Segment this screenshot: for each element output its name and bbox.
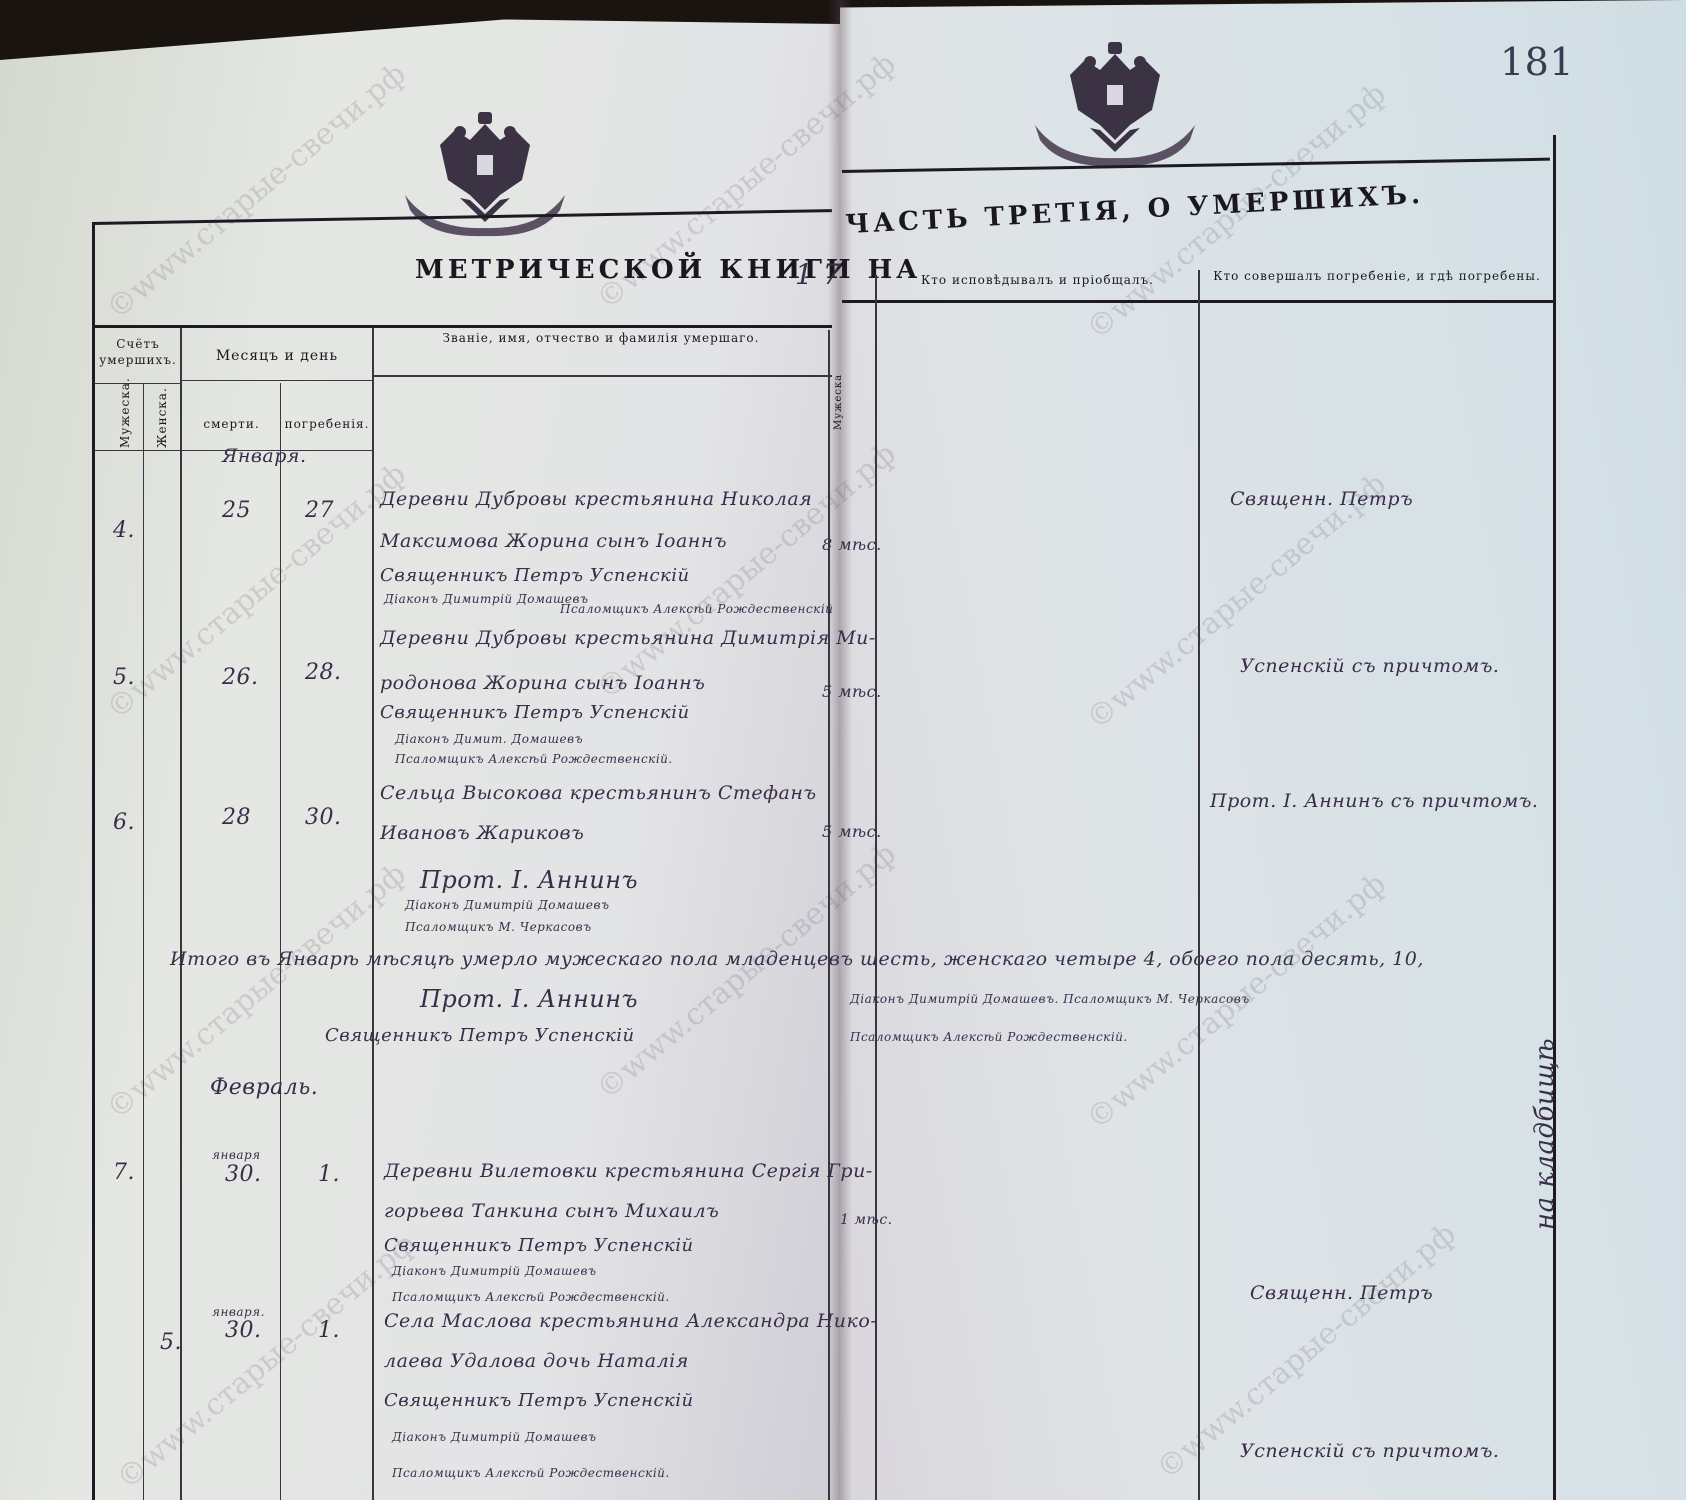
entry-number: 4. xyxy=(113,518,135,543)
header-count: Счётъ умершихъ. xyxy=(98,336,178,368)
signature: Діаконъ Димитрій Домашевъ xyxy=(405,898,610,912)
signature: Прот. І. Аннинъ xyxy=(420,866,638,894)
header-age: Мужеска xyxy=(833,340,844,430)
buried-by: Священн. Петръ xyxy=(1250,1282,1433,1304)
death-day: 25 xyxy=(222,498,251,523)
header-rule xyxy=(94,325,832,328)
entry-text-line: лаева Удалова дочь Наталія xyxy=(384,1350,689,1372)
col-divider xyxy=(372,328,374,1500)
header-death: смерти. xyxy=(184,416,279,432)
entry-number: 5. xyxy=(113,665,135,690)
col-divider xyxy=(180,328,182,1500)
book-title-left: МЕТРИЧЕСКОЙ КНИГИ НА xyxy=(415,255,921,285)
total-signature: Священникъ Петръ Успенскій xyxy=(325,1025,635,1046)
signature: Діаконъ Димитрій Домашевъ xyxy=(384,592,589,606)
row-divider xyxy=(180,380,372,381)
entry-text-line: горьева Танкина сынъ Михаилъ xyxy=(384,1200,719,1222)
age: 1 мѣс. xyxy=(840,1212,893,1228)
age: 5 мѣс. xyxy=(822,822,882,841)
signature: Священникъ Петръ Успенскій xyxy=(384,1235,694,1256)
header-confessor: Кто исповѣдывалъ и пріобщалъ. xyxy=(880,272,1195,288)
entry-text-line: Ивановъ Жариковъ xyxy=(380,822,584,844)
col-divider xyxy=(280,383,281,1500)
death-day: 30. xyxy=(225,1318,262,1343)
burial-day: 1. xyxy=(318,1318,340,1343)
imperial-eagle-crest-icon xyxy=(400,110,570,240)
death-day: 26. xyxy=(222,665,259,690)
entry-text-line: родонова Жорина сынъ Іоаннъ xyxy=(380,672,705,694)
signature: Діаконъ Димитрій Домашевъ xyxy=(392,1264,597,1278)
month-february: Февраль. xyxy=(210,1075,318,1100)
burial-day: 30. xyxy=(305,805,342,830)
death-month-note: января xyxy=(212,1148,261,1162)
buried-by: Успенскій съ причтомъ. xyxy=(1240,655,1499,677)
age: 5 мѣс. xyxy=(822,682,882,701)
january-total: Итого въ Январѣ мѣсяцѣ умерло мужескаго … xyxy=(170,948,1424,970)
signature: Псаломщикъ М. Черкасовъ xyxy=(405,920,592,934)
buried-by: Успенскій съ причтомъ. xyxy=(1240,1440,1499,1462)
entry-number: 5. xyxy=(160,1330,182,1355)
burial-day: 28. xyxy=(305,660,342,685)
col-divider xyxy=(1198,270,1200,1500)
age: 8 мѣс. xyxy=(822,535,882,554)
imperial-eagle-crest-icon xyxy=(1030,40,1200,170)
signature: Діаконъ Димит. Домашевъ xyxy=(395,732,583,746)
entry-text-line: Села Маслова крестьянина Александра Нико… xyxy=(384,1310,877,1332)
entry-text-line: Деревни Дубровы крестьянина Димитрія Ми- xyxy=(380,627,876,649)
signature: Діаконъ Димитрій Домашевъ xyxy=(392,1430,597,1444)
signature: Псаломщикъ Алексѣй Рождественскій. xyxy=(395,752,673,766)
entry-number: 7. xyxy=(113,1160,135,1185)
entry-text-line: Сельца Высокова крестьянинъ Стефанъ xyxy=(380,782,817,804)
death-day: 30. xyxy=(225,1162,262,1187)
left-border xyxy=(92,222,95,1500)
entry-number: 6. xyxy=(113,810,135,835)
page-number: 181 xyxy=(1500,40,1574,84)
entry-text-line: Деревни Вилетовки крестьянина Сергія Гри… xyxy=(384,1160,873,1182)
total-signature: Діаконъ Димитрій Домашевъ. Псаломщикъ М.… xyxy=(850,992,1250,1006)
row-divider xyxy=(94,383,180,384)
burial-day: 27 xyxy=(305,498,334,523)
entry-text-line: Максимова Жорина сынъ Іоаннъ xyxy=(380,530,727,552)
burial-day: 1. xyxy=(318,1162,340,1187)
death-month-note: января. xyxy=(212,1305,265,1319)
signature: Священникъ Петръ Успенскій xyxy=(380,565,690,586)
header-burial-date: погребенія. xyxy=(282,416,372,432)
col-divider xyxy=(143,383,144,1500)
total-signature: Прот. І. Аннинъ xyxy=(420,985,638,1013)
buried-by: Священн. Петръ xyxy=(1230,488,1413,510)
header-buried-by: Кто совершалъ погребеніе, и гдѣ погребен… xyxy=(1202,268,1552,284)
header-count-female: Женска. xyxy=(155,392,169,448)
margin-note: на кладбищѣ xyxy=(1530,430,1560,1230)
header-name: Званіе, имя, отчество и фамилія умершаго… xyxy=(376,330,826,346)
total-signature: Псаломщикъ Алексѣй Рождественскій. xyxy=(850,1030,1128,1044)
signature: Псаломщикъ Алексѣй Рождественскій. xyxy=(392,1290,670,1304)
month-january: Января. xyxy=(222,445,307,467)
row-divider xyxy=(372,375,832,377)
header-month-day: Месяцъ и день xyxy=(184,348,370,364)
signature: Священникъ Петръ Успенскій xyxy=(380,702,690,723)
signature: Священникъ Петръ Успенскій xyxy=(384,1390,694,1411)
entry-text-line: Деревни Дубровы крестьянина Николая xyxy=(380,488,812,510)
signature: Псаломщикъ Алексѣй Рождественскій. xyxy=(392,1466,670,1480)
signature: Псаломщикъ Алексѣй Рождественскій xyxy=(560,602,833,616)
header-count-male: Мужеска. xyxy=(118,392,132,448)
year-handwritten: 1 7 xyxy=(795,258,841,291)
death-day: 28 xyxy=(222,805,251,830)
buried-by: Прот. І. Аннинъ съ причтомъ. xyxy=(1210,790,1538,812)
